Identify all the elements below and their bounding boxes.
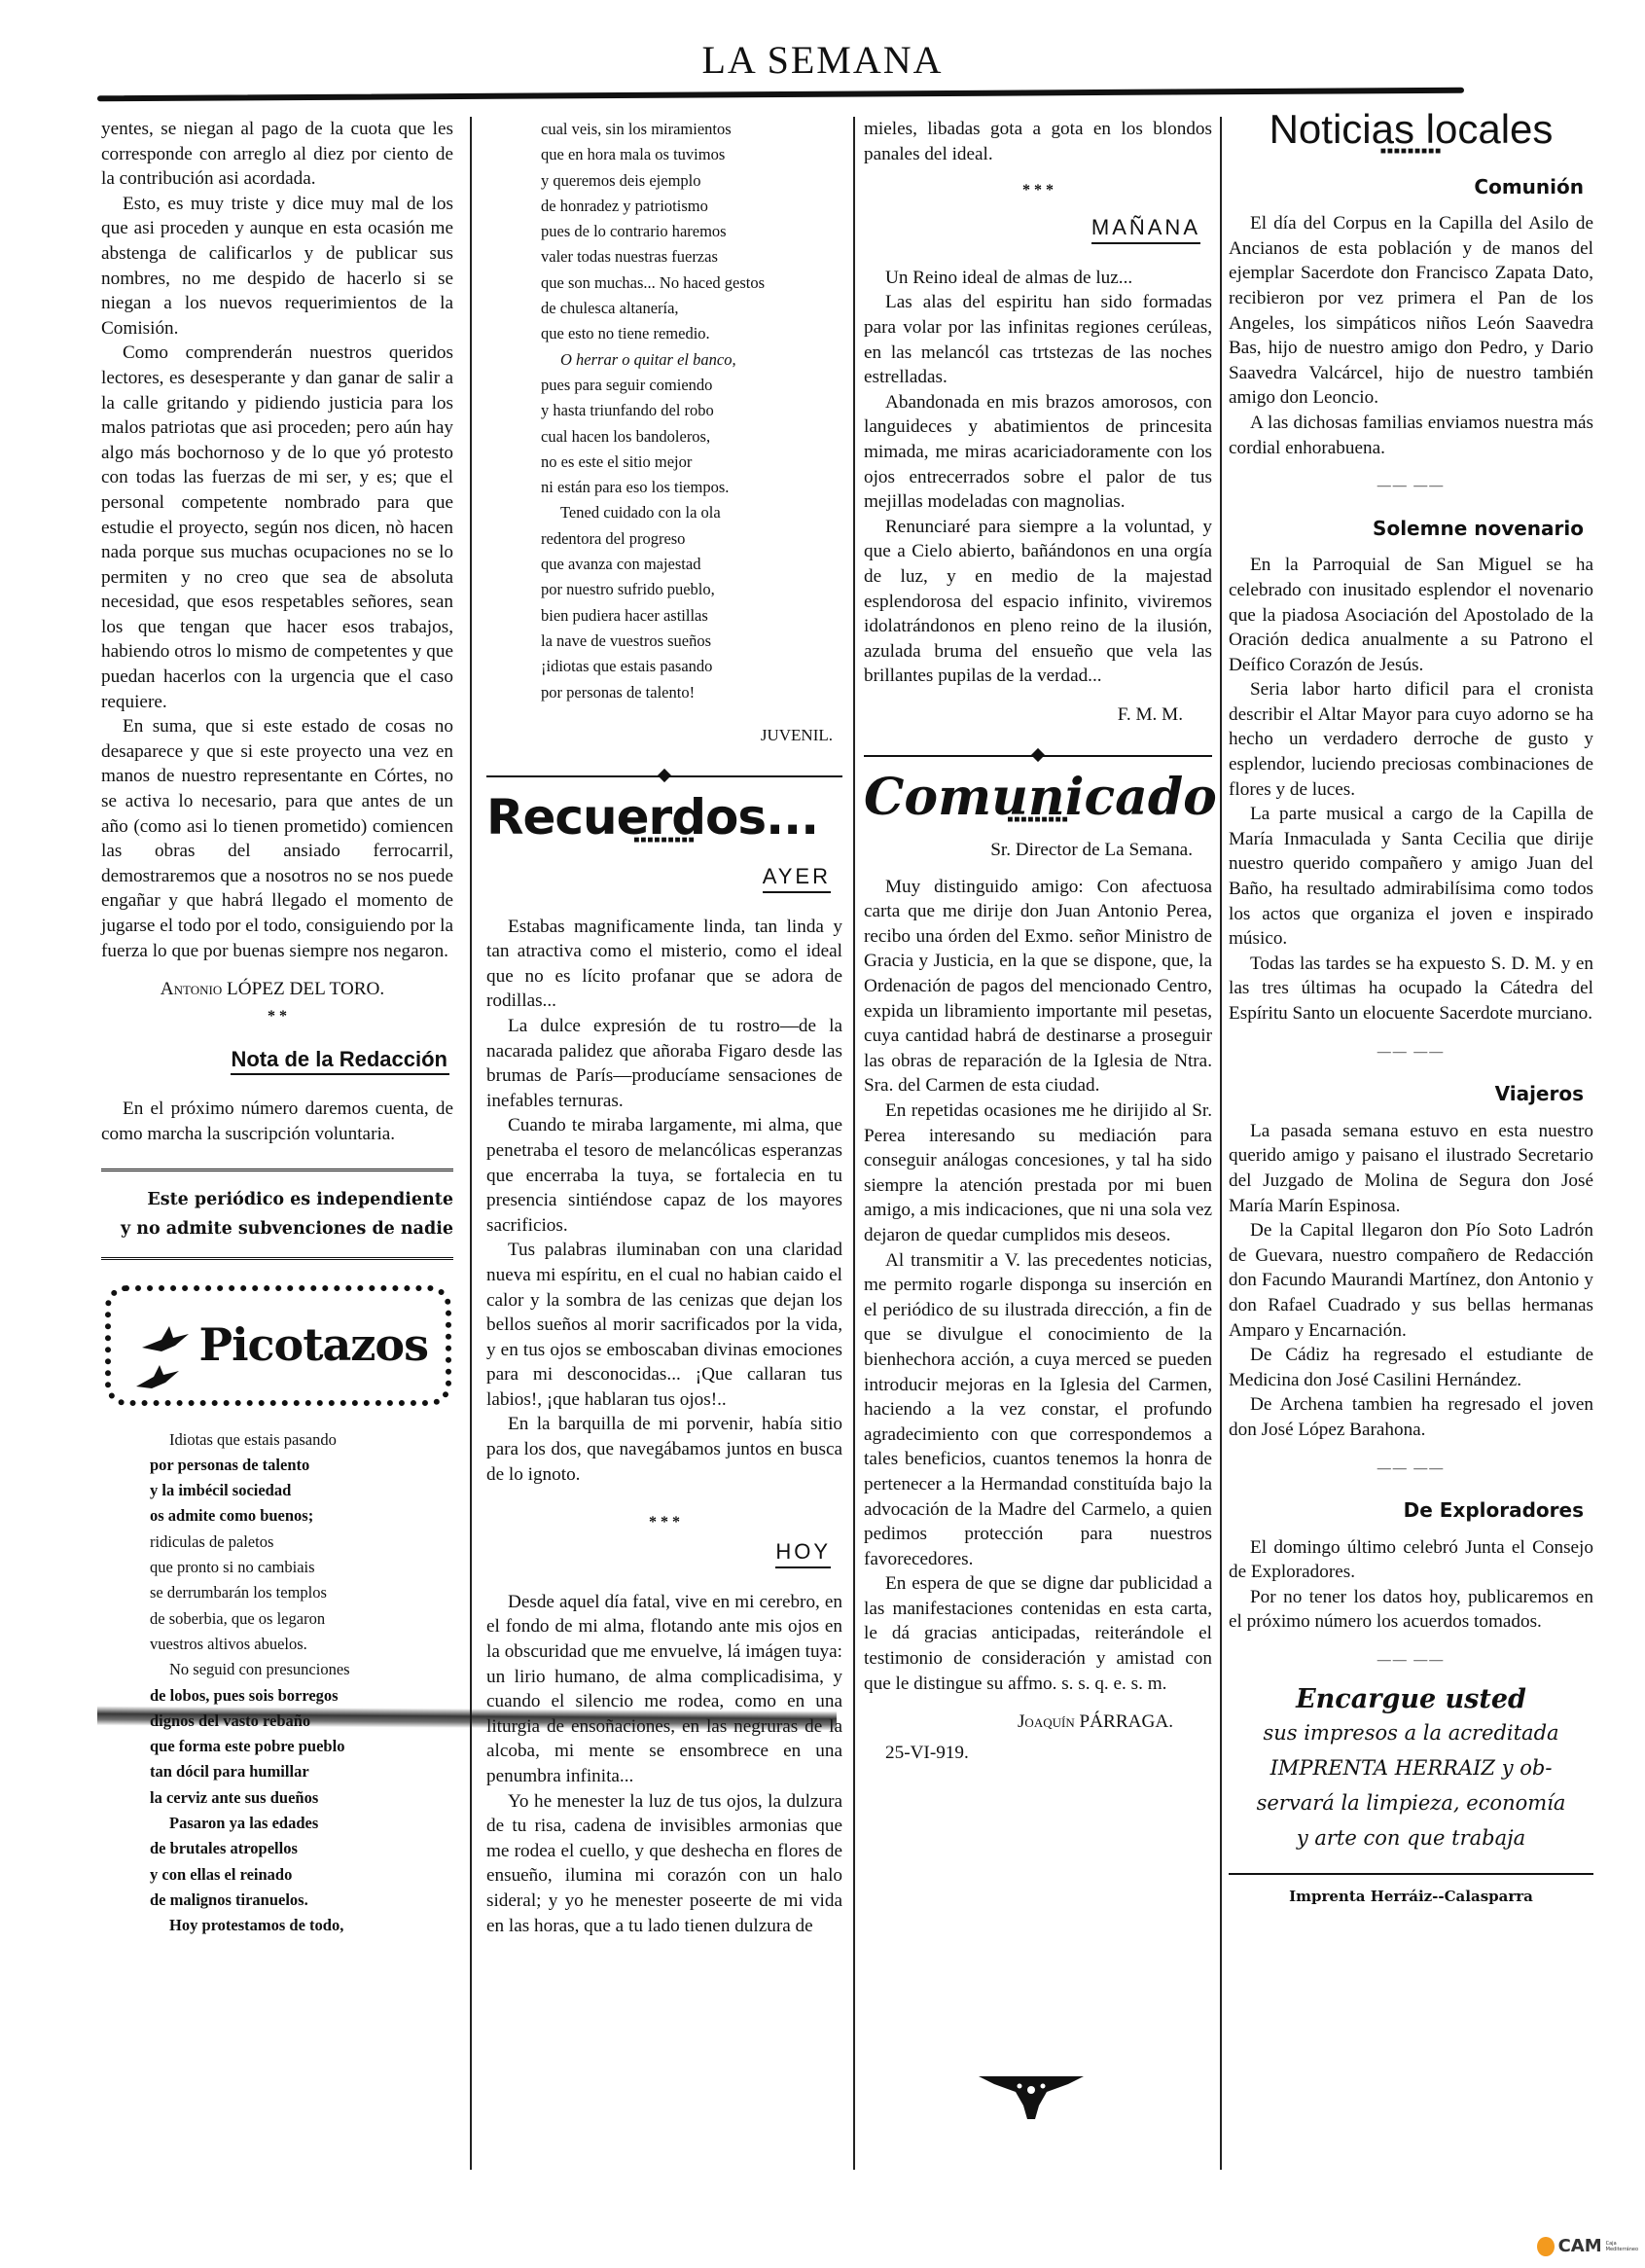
recuerdos-paragraph: Tus palabras iluminaban con una claridad… — [486, 1238, 842, 1412]
poem-line: valer todas nuestras fuerzas — [541, 244, 842, 270]
poem-line: que en hora mala os tuvimos — [541, 142, 842, 167]
manana-paragraph: Un Reino ideal de almas de luz... — [864, 266, 1212, 291]
picotazos-poem-continuation: cual veis, sin los miramientos que en ho… — [486, 117, 842, 705]
column-4: Noticias locales ■■■■■■■■■ Comunión El d… — [1229, 117, 1593, 1910]
poem-line: No seguid con presunciones — [150, 1657, 453, 1682]
ornamental-vignette-icon — [973, 2070, 1090, 2125]
notice-line-2: y no admite subvenciones de nadie — [101, 1214, 453, 1243]
poem-line: Tened cuidado con la ola — [541, 500, 842, 525]
comunicado-paragraph: Al transmitir a V. las precedentes notic… — [864, 1248, 1212, 1572]
recuerdos-paragraph: En la barquilla de mi porvenir, había si… — [486, 1412, 842, 1487]
article-paragraph: En suma, que si este estado de cosas no … — [101, 714, 453, 963]
manana-paragraph: Abandonada en mis brazos amorosos, con l… — [864, 390, 1212, 515]
printer-advertisement: Encargue usted sus impresos a la acredit… — [1229, 1687, 1593, 1910]
poem-line: tan dócil para humillar — [150, 1759, 453, 1784]
hoy-label: HOY — [486, 1539, 831, 1565]
poem-line: de soberbia, que os legaron — [150, 1606, 453, 1632]
ayer-label: AYER — [486, 864, 831, 889]
manana-paragraph: Las alas del espiritu han sido formadas … — [864, 290, 1212, 389]
section-separator: —— —— — [1229, 1040, 1593, 1065]
poem-line: que son muchas... No haced gestos — [541, 270, 842, 296]
noticias-locales-title: Noticias locales — [1229, 117, 1593, 142]
hoy-ending: mieles, libadas gota a gota en los blond… — [864, 117, 1212, 166]
poem-line: por nuestro sufrido pueblo, — [541, 577, 842, 602]
poem-line: Idiotas que estais pasando — [150, 1427, 453, 1453]
nota-redaccion: Nota de la Redacción En el próximo númer… — [101, 1031, 453, 1147]
ad-line: y arte con que trabaja — [1229, 1820, 1593, 1855]
poem-line: de brutales atropellos — [150, 1836, 453, 1861]
independence-notice: Este periódico es independiente y no adm… — [101, 1169, 453, 1260]
news-paragraph: Todas las tardes se ha expuesto S. D. M.… — [1229, 952, 1593, 1026]
section-separator: —— —— — [1229, 1648, 1593, 1674]
ad-line: servará la limpieza, economía — [1229, 1785, 1593, 1820]
poem-line: ¡idiotas que estais pasando — [541, 654, 842, 679]
recuerdos-paragraph: La dulce expresión de tu rostro—de la na… — [486, 1014, 842, 1113]
comunicado-title: Comunicado — [864, 785, 1212, 810]
nota-text: En el próximo número daremos cuenta, de … — [101, 1097, 453, 1146]
article-continuation: yentes, se niegan al pago de la cuota qu… — [101, 117, 453, 1002]
manana-paragraph: Renunciaré para siempre a la voluntad, y… — [864, 515, 1212, 689]
comunicado-salutation: Sr. Director de La Semana. — [864, 838, 1193, 863]
section-heading-viajeros: Viajeros — [1229, 1082, 1584, 1107]
comunicado-paragraph: En repetidas ocasiones me he dirijido al… — [864, 1098, 1212, 1248]
poem-line: que avanza con majestad — [541, 552, 842, 577]
recuerdos-paragraph: Desde aquel día fatal, vive en mi cerebr… — [486, 1590, 842, 1789]
ad-line: sus impresos a la acreditada — [1229, 1715, 1593, 1750]
comunicado-date: 25-VI-919. — [885, 1741, 1212, 1766]
poem-line: pues para seguir comiendo — [541, 373, 842, 398]
comunicado-signature: Joaquín PÁRRAGA. — [864, 1710, 1173, 1735]
page-masthead: LA SEMANA — [0, 37, 1645, 83]
poem-line: Pasaron ya las edades — [150, 1811, 453, 1836]
poem-line: os admite como buenos; — [150, 1503, 453, 1529]
logo-text: CAM — [1558, 2236, 1602, 2256]
poem-line: de malignos tiranuelos. — [150, 1888, 453, 1913]
comunicado-paragraph: En espera de que se digne dar publicidad… — [864, 1571, 1212, 1696]
picotazos-title: Picotazos — [198, 1333, 428, 1358]
poem-line: Hoy protestamos de todo, — [150, 1913, 453, 1938]
ornamental-divider — [486, 769, 842, 784]
poem-line: que forma este pobre pueblo — [150, 1734, 453, 1759]
ad-line: IMPRENTA HERRAIZ y ob- — [1229, 1750, 1593, 1785]
poem-line: ridiculas de paletos — [150, 1530, 453, 1555]
poem-line: no es este el sitio mejor — [541, 450, 842, 475]
poem-line: de lobos, pues sois borregos — [150, 1683, 453, 1709]
masthead-rule — [97, 88, 1464, 102]
poem-signature: JUVENIL. — [486, 723, 833, 748]
news-paragraph: Seria labor harto dificil para el cronis… — [1229, 677, 1593, 802]
picotazos-poem: Idiotas que estais pasando por personas … — [101, 1427, 453, 1939]
manana-label: MAÑANA — [864, 215, 1200, 240]
printer-imprint: Imprenta Herráiz--Calasparra — [1229, 1873, 1593, 1910]
section-separator: —— —— — [1229, 1457, 1593, 1482]
ornamental-divider — [864, 748, 1212, 764]
news-paragraph: La parte musical a cargo de la Capilla d… — [1229, 802, 1593, 952]
separator-stars: * * — [101, 1010, 453, 1024]
news-paragraph: El día del Corpus en la Capilla del Asil… — [1229, 211, 1593, 411]
section-heading-comunion: Comunión — [1229, 175, 1584, 200]
poem-line: por personas de talento — [150, 1453, 453, 1478]
poem-line: la cerviz ante sus dueños — [150, 1785, 453, 1811]
news-paragraph: De Cádiz ha regresado el estudiante de M… — [1229, 1343, 1593, 1392]
news-paragraph: De Archena tambien ha regresado el joven… — [1229, 1392, 1593, 1442]
poem-line: se derrumbarán los templos — [150, 1580, 453, 1605]
column-3: mieles, libadas gota a gota en los blond… — [864, 117, 1212, 1765]
poem-line: y hasta triunfando del robo — [541, 398, 842, 423]
poem-line: por personas de talento! — [541, 680, 842, 705]
poem-line: redentora del progreso — [541, 526, 842, 552]
news-paragraph: En la Parroquial de San Miguel se ha cel… — [1229, 553, 1593, 677]
section-heading-exploradores: De Exploradores — [1229, 1498, 1584, 1524]
news-paragraph: El domingo último celebró Junta el Conse… — [1229, 1535, 1593, 1585]
notice-line-1: Este periódico es independiente — [101, 1185, 453, 1214]
recuerdos-title: Recuerdos... — [486, 806, 842, 831]
recuerdos-paragraph: Estabas magnificamente linda, tan linda … — [486, 915, 842, 1014]
logo-subtext: Caja Mediterráneo — [1606, 2241, 1645, 2252]
article-paragraph: Esto, es muy triste y dice muy mal de lo… — [101, 192, 453, 342]
comunicado-paragraph: Muy distinguido amigo: Con afectuosa car… — [864, 875, 1212, 1098]
article-signature: Antonio LÓPEZ DEL TORO. — [101, 977, 444, 1002]
column-1: yentes, se niegan al pago de la cuota qu… — [101, 117, 453, 1939]
separator-stars: * * * — [486, 1516, 842, 1530]
poem-line: y con ellas el reinado — [150, 1862, 453, 1888]
poem-line: bien pudiera hacer astillas — [541, 603, 842, 629]
column-rule-1 — [470, 117, 472, 2170]
poem-line: O herrar o quitar el banco, — [541, 347, 842, 373]
poem-line: pues de lo contrario haremos — [541, 219, 842, 244]
cam-logo-icon — [1537, 2237, 1555, 2256]
poem-line: de honradez y patriotismo — [541, 194, 842, 219]
recuerdos-signature: F. M. M. — [864, 702, 1183, 728]
news-paragraph: La pasada semana estuvo en esta nuestro … — [1229, 1119, 1593, 1218]
news-paragraph: A las dichosas familias enviamos nuestra… — [1229, 411, 1593, 460]
poem-line: y queremos deis ejemplo — [541, 168, 842, 194]
news-paragraph: De la Capital llegaron don Pío Soto Ladr… — [1229, 1218, 1593, 1343]
picotazos-banner: Picotazos — [105, 1285, 451, 1406]
poem-line: de chulesca altanería, — [541, 296, 842, 321]
column-2: cual veis, sin los miramientos que en ho… — [486, 117, 842, 1938]
poem-line: y la imbécil sociedad — [150, 1478, 453, 1503]
column-rule-2 — [853, 117, 855, 2170]
recuerdos-paragraph: Yo he menester la luz de tus ojos, la du… — [486, 1789, 842, 1939]
recuerdos-paragraph: Cuando te miraba largamente, mi alma, qu… — [486, 1113, 842, 1238]
nota-heading: Nota de la Redacción — [231, 1047, 449, 1076]
ad-headline: Encargue usted — [1229, 1687, 1593, 1712]
separator-stars: * * * — [864, 184, 1212, 198]
article-paragraph: yentes, se niegan al pago de la cuota qu… — [101, 117, 453, 192]
news-paragraph: Por no tener los datos hoy, publicaremos… — [1229, 1585, 1593, 1635]
archive-watermark-logo: CAM Caja Mediterráneo — [1537, 2236, 1645, 2256]
section-separator: —— —— — [1229, 474, 1593, 499]
poem-line: vuestros altivos abuelos. — [150, 1632, 453, 1657]
poem-line: que pronto si no cambiais — [150, 1555, 453, 1580]
poem-line: cual hacen los bandoleros, — [541, 424, 842, 450]
poem-line: cual veis, sin los miramientos — [541, 117, 842, 142]
poem-line: la nave de vuestros sueños — [541, 629, 842, 654]
column-rule-3 — [1220, 117, 1222, 2170]
poem-line: ni están para eso los tiempos. — [541, 475, 842, 500]
flying-birds-icon — [132, 1309, 210, 1396]
section-heading-novenario: Solemne novenario — [1229, 517, 1584, 542]
poem-line: que esto no tiene remedio. — [541, 321, 842, 346]
article-paragraph: Como comprenderán nuestros queridos lect… — [101, 341, 453, 714]
